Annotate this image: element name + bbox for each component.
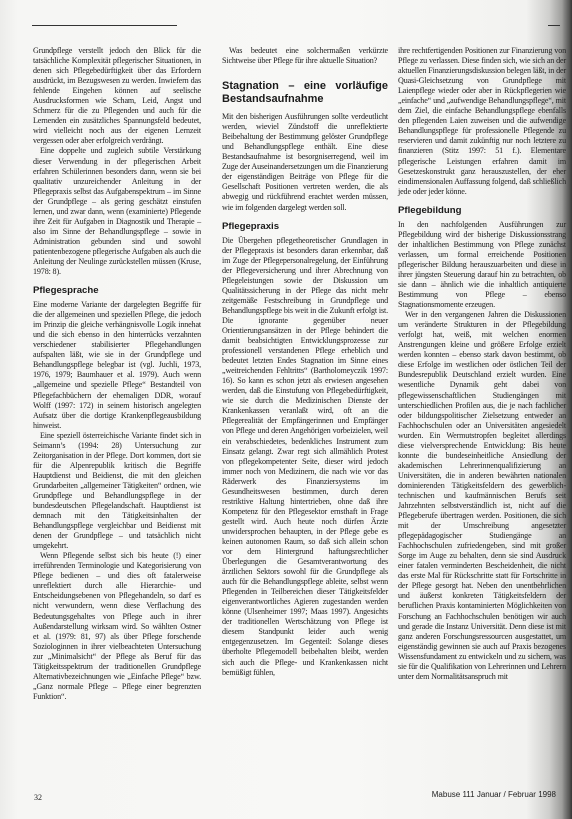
- paragraph: ihre rechtfertigenden Positionen zur Fin…: [398, 46, 566, 197]
- paragraph: Eine moderne Variante der dargelegten Be…: [33, 300, 201, 431]
- paragraph: In den nachfolgenden Ausführungen zur Pf…: [398, 220, 566, 310]
- paragraph: Was bedeutet eine solchermaßen verkürzte…: [222, 46, 388, 66]
- text-column-1: Grundpflege verstellt jedoch den Blick f…: [33, 46, 201, 702]
- paragraph: Eine doppelte und zugleich subtile Verst…: [33, 146, 201, 277]
- scan-edge-shadow: [562, 0, 572, 819]
- page-number: 32: [34, 793, 42, 802]
- section-heading: Pflegesprache: [33, 285, 201, 296]
- scanned-magazine-page: Grundpflege verstellt jedoch den Blick f…: [0, 0, 572, 819]
- header-rule: [32, 25, 177, 26]
- text-column-2: Was bedeutet eine solchermaßen verkürzte…: [222, 46, 388, 678]
- section-heading: Stagnation – eine vorläufige Bestandsauf…: [222, 80, 388, 106]
- paragraph: Wenn Pflegende selbst sich bis heute (!)…: [33, 551, 201, 702]
- publication-footer: Mabuse 111 Januar / Februar 1998: [432, 790, 556, 799]
- paragraph: Wer in den vergangenen Jahren die Diskus…: [398, 310, 566, 682]
- header-rule-right: [548, 25, 560, 26]
- paragraph: Grundpflege verstellt jedoch den Blick f…: [33, 46, 201, 146]
- paragraph: Die Übergehen pflegetheoretischer Grundl…: [222, 236, 388, 678]
- section-heading: Pflegebildung: [398, 205, 566, 216]
- paragraph: Mit den bisherigen Ausführungen sollte v…: [222, 112, 388, 212]
- paragraph: Eine speziell österreichische Variante f…: [33, 431, 201, 552]
- text-column-3: ihre rechtfertigenden Positionen zur Fin…: [398, 46, 566, 682]
- section-heading: Pflegepraxis: [222, 221, 388, 232]
